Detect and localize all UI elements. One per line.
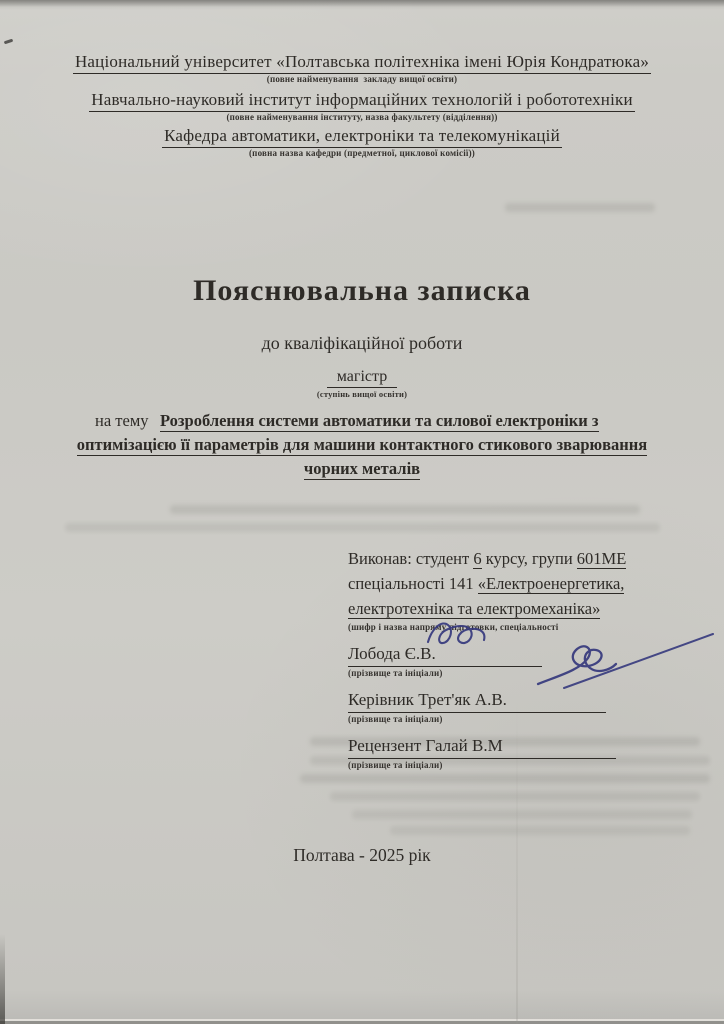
executor-block: Виконав: студент 6 курсу, групи 601МЕ сп…	[348, 546, 696, 770]
supervisor-name-caption: (прізвище та ініціали)	[348, 714, 696, 724]
bleed-through-text	[352, 810, 692, 819]
student-name-caption: (прізвище та ініціали)	[348, 668, 696, 678]
scan-edge-top	[0, 0, 724, 7]
supervisor-name: Керівник Трет'як А.В.	[348, 690, 507, 709]
reviewer-name-row: Рецензент Галай В.М	[348, 735, 616, 759]
reviewer-name-caption: (прізвище та ініціали)	[348, 760, 696, 770]
bleed-through-text	[390, 826, 690, 835]
course-number: 6	[473, 549, 481, 569]
bleed-through-text	[170, 505, 640, 514]
student-name-row: Лобода Є.В.	[348, 643, 542, 667]
executor-line-1: Виконав: студент 6 курсу, групи 601МЕ	[348, 546, 696, 571]
department-caption: (повна назва кафедри (предметної, циклов…	[0, 148, 724, 158]
topic-line-1: Розроблення системи автоматики та силово…	[0, 411, 724, 431]
document-subtitle: до кваліфікаційної роботи	[0, 333, 724, 354]
degree-line: магістр	[0, 368, 724, 388]
speciality-line-1: спеціальності 141 «Електроенергетика,	[348, 571, 696, 596]
student-name: Лобода Є.В.	[348, 644, 436, 663]
bleed-through-text	[505, 203, 655, 212]
supervisor-name-row: Керівник Трет'як А.В.	[348, 689, 606, 713]
scanned-title-page: Національний університет «Полтавська пол…	[0, 0, 724, 1024]
topic-line-3: чорних металів	[0, 459, 724, 479]
city-year: Полтава - 2025 рік	[0, 845, 724, 866]
group-number: 601МЕ	[577, 549, 627, 569]
institute-caption: (повне найменування інституту, назва фак…	[0, 112, 724, 122]
pen-mark	[4, 39, 13, 45]
institute-name: Навчально-науковий інститут інформаційни…	[89, 90, 635, 112]
bleed-through-text	[330, 792, 700, 801]
university-name: Національний університет «Полтавська пол…	[73, 52, 651, 74]
document-title: Пояснювальна записка	[0, 274, 724, 308]
speciality-line-2: електротехніка та електромеханіка»	[348, 596, 696, 621]
topic-line-2: оптимізацією її параметрів для машини ко…	[0, 435, 724, 455]
institute-name-line: Навчально-науковий інститут інформаційни…	[0, 90, 724, 112]
bleed-through-text	[65, 523, 660, 532]
scan-edge-left	[0, 934, 5, 1024]
university-name-line: Національний університет «Полтавська пол…	[0, 52, 724, 74]
bleed-through-text	[300, 774, 710, 783]
degree-value: магістр	[327, 368, 397, 388]
reviewer-name: Рецензент Галай В.М	[348, 736, 503, 755]
university-caption: (повне найменування закладу вищої освіти…	[0, 74, 724, 84]
department-name-line: Кафедра автоматики, електроніки та телек…	[0, 126, 724, 148]
department-name: Кафедра автоматики, електроніки та телек…	[162, 126, 562, 148]
degree-caption: (ступінь вищої освіти)	[0, 389, 724, 399]
speciality-caption: (шифр і назва напряму підготовки, спеціа…	[348, 622, 696, 632]
